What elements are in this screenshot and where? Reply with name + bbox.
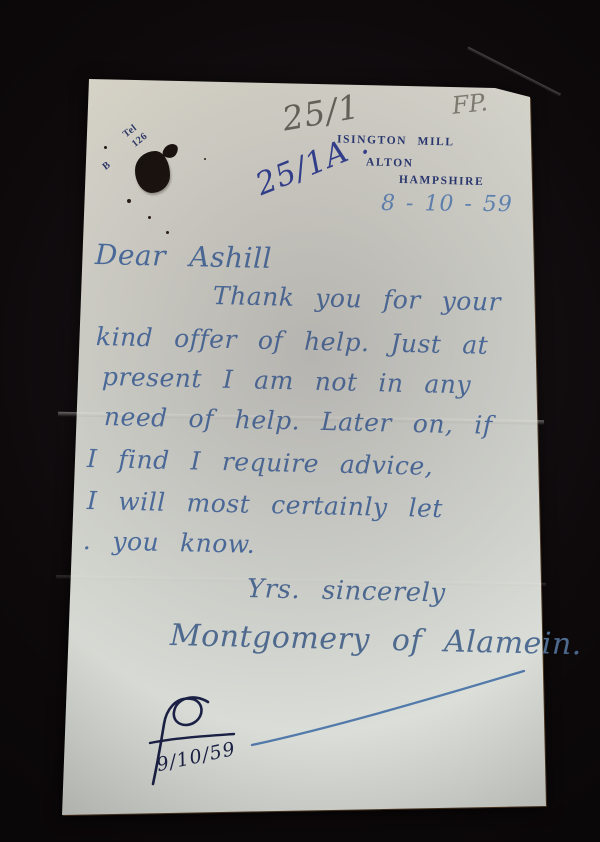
closing: Yrs. sincerely bbox=[247, 574, 446, 608]
ink-speck bbox=[204, 158, 206, 160]
ink-speck bbox=[104, 146, 107, 149]
ink-speck bbox=[166, 231, 169, 234]
salutation: Dear Ashill bbox=[95, 238, 273, 275]
body-line: . you know. bbox=[83, 526, 256, 559]
ink-speck bbox=[148, 216, 151, 219]
ink-speck bbox=[127, 199, 131, 203]
letterhead-address-line3: HAMPSHIRE bbox=[399, 174, 485, 188]
photo-of-letter: 25/1 FP. 25/1A . Tel B126 ISINGTON MILL … bbox=[0, 0, 600, 842]
ink-blot bbox=[135, 151, 170, 193]
letterhead-address-line2: ALTON bbox=[366, 156, 414, 169]
letter-date: 8 - 10 - 59 bbox=[381, 191, 513, 217]
pencil-annotation: FP. bbox=[451, 88, 489, 120]
